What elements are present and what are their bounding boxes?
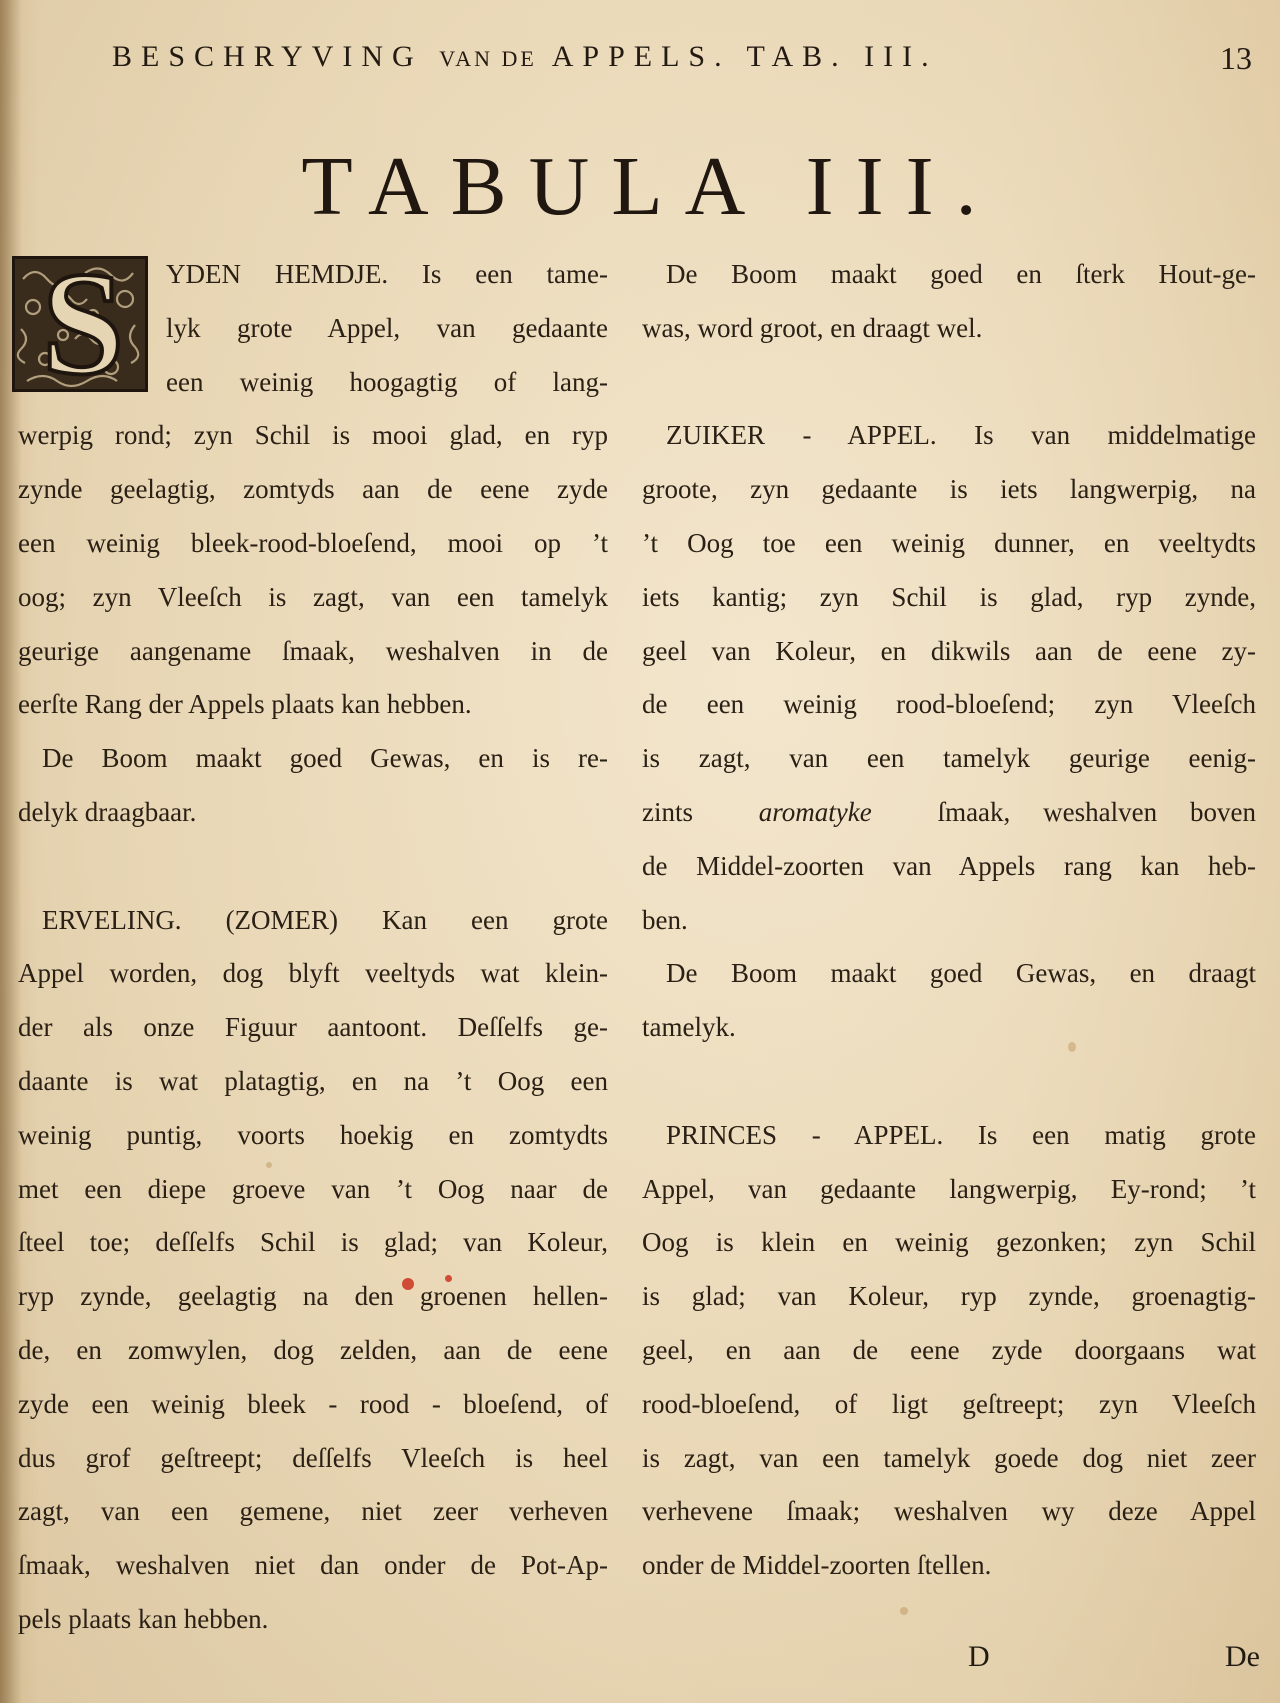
text-line: een weinig hoogagtig of lang- — [18, 356, 608, 410]
text-line: zyde een weinig bleek - rood - bloeſend,… — [18, 1378, 608, 1432]
text-line: zints aromatyke ſmaak, weshalven boven — [642, 786, 1256, 840]
text-line: rood-bloeſend, of ligt geſtreept; zyn Vl… — [642, 1378, 1256, 1432]
text-line: een weinig bleek-rood-bloeſend, mooi op … — [18, 517, 608, 571]
text-line: verhevene ſmaak; weshalven wy deze Appel — [642, 1485, 1256, 1539]
page-title: TABULA III. — [0, 138, 1280, 235]
text-line: ryp zynde, geelagtig na den groenen hell… — [18, 1270, 608, 1324]
text-line: is zagt, van een tamelyk geurige eenig- — [642, 732, 1256, 786]
red-ink-stain — [402, 1278, 414, 1290]
text-line: ſteel toe; deſſelfs Schil is glad; van K… — [18, 1216, 608, 1270]
text-line: de, en zomwylen, dog zelden, aan de eene — [18, 1324, 608, 1378]
book-page: BESCHRYVING VAN DE APPELS. TAB. III. 13 … — [0, 0, 1280, 1703]
text-line: lyk grote Appel, van gedaante — [18, 302, 608, 356]
entry-heading-line: ZUIKER - APPEL. Is van middelmatige — [642, 409, 1256, 463]
blank-line — [642, 356, 1256, 410]
text-line: Appel, van gedaante langwerpig, Ey-rond;… — [642, 1163, 1256, 1217]
text-line: geel van Koleur, en dikwils aan de eene … — [642, 625, 1256, 679]
running-head-main: BESCHRYVING — [112, 40, 423, 73]
blank-line — [642, 1055, 1256, 1109]
text-line: geurige aangename ſmaak, weshalven in de — [18, 625, 608, 679]
text-line: met een diepe groeve van ’t Oog naar de — [18, 1163, 608, 1217]
text-line: ben. — [642, 894, 1256, 948]
text-line: eerſte Rang der Appels plaats kan hebben… — [18, 678, 608, 732]
text-line: was, word groot, en draagt wel. — [642, 302, 1256, 356]
page-number: 13 — [1220, 40, 1252, 77]
text-line: geel, en aan de eene zyde doorgaans wat — [642, 1324, 1256, 1378]
text-line: de een weinig rood-bloeſend; zyn Vleeſch — [642, 678, 1256, 732]
running-head-small: VAN DE — [439, 46, 537, 71]
text-segment: ſmaak, weshalven boven — [938, 797, 1256, 827]
text-line: Oog is klein en weinig gezonken; zyn Sch… — [642, 1216, 1256, 1270]
text-line: onder de Middel-zoorten ſtellen. — [642, 1539, 1256, 1593]
italic-word: aromatyke — [759, 797, 872, 827]
text-line: daante is wat platagtig, en na ’t Oog ee… — [18, 1055, 608, 1109]
catchword: De — [1225, 1640, 1260, 1674]
text-line: de Middel-zoorten van Appels rang kan he… — [642, 840, 1256, 894]
text-line: tamelyk. — [642, 1001, 1256, 1055]
text-segment: zints — [642, 797, 693, 827]
text-line: is glad; van Koleur, ryp zynde, groenagt… — [642, 1270, 1256, 1324]
text-line: YDEN HEMDJE. Is een tame- — [18, 248, 608, 302]
text-line: dus grof geſtreept; deſſelfs Vleeſch is … — [18, 1432, 608, 1486]
text-line: De Boom maakt goed Gewas, en draagt — [642, 947, 1256, 1001]
red-ink-stain — [445, 1275, 452, 1282]
foxing-spot — [1068, 1042, 1076, 1052]
foxing-spot — [900, 1607, 908, 1615]
entry-heading-line: PRINCES - APPEL. Is een matig grote — [642, 1109, 1256, 1163]
text-line: zynde geelagtig, zomtyds aan de eene zyd… — [18, 463, 608, 517]
text-line: De Boom maakt goed Gewas, en is re- — [18, 732, 608, 786]
text-line: werpig rond; zyn Schil is mooi glad, en … — [18, 409, 608, 463]
text-line: iets kantig; zyn Schil is glad, ryp zynd… — [642, 571, 1256, 625]
text-line: De Boom maakt goed en ſterk Hout-ge- — [642, 248, 1256, 302]
text-line: ſmaak, weshalven niet dan onder de Pot-A… — [18, 1539, 608, 1593]
text-line: der als onze Figuur aantoont. Deſſelfs g… — [18, 1001, 608, 1055]
text-line: ’t Oog toe een weinig dunner, en veeltyd… — [642, 517, 1256, 571]
signature-mark: D — [968, 1640, 990, 1674]
text-line: weinig puntig, voorts hoekig en zomtydts — [18, 1109, 608, 1163]
text-line: delyk draagbaar. — [18, 786, 608, 840]
running-head: BESCHRYVING VAN DE APPELS. TAB. III. 13 — [112, 40, 1262, 80]
running-head-text: BESCHRYVING VAN DE APPELS. TAB. III. — [112, 40, 938, 74]
text-line: pels plaats kan hebben. — [18, 1593, 608, 1647]
foxing-spot — [266, 1162, 272, 1168]
text-line: zagt, van een gemene, niet zeer verheven — [18, 1485, 608, 1539]
text-line: oog; zyn Vleeſch is zagt, van een tamely… — [18, 571, 608, 625]
left-column: YDEN HEMDJE. Is een tame- lyk grote Appe… — [18, 248, 608, 1647]
entry-heading-line: ERVELING. (ZOMER) Kan een grote — [18, 894, 608, 948]
blank-line — [18, 840, 608, 894]
right-column: De Boom maakt goed en ſterk Hout-ge- was… — [642, 248, 1256, 1593]
text-line: is zagt, van een tamelyk goede dog niet … — [642, 1432, 1256, 1486]
text-line: Appel worden, dog blyft veeltyds wat kle… — [18, 947, 608, 1001]
running-head-tail: APPELS. TAB. III. — [552, 40, 938, 73]
page-footer: D De — [640, 1640, 1260, 1680]
text-line: groote, zyn gedaante is iets langwerpig,… — [642, 463, 1256, 517]
